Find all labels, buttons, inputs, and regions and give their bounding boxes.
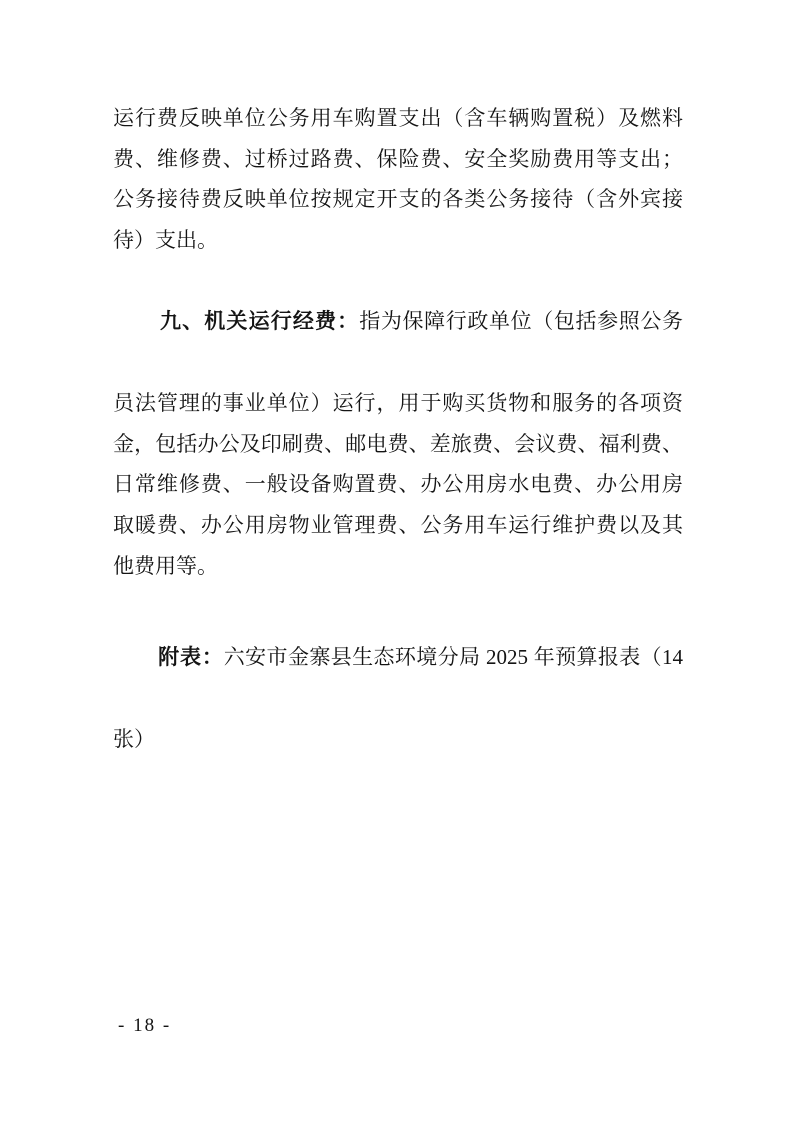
section-heading: 九、机关运行经费： [160, 310, 359, 333]
text-line: 张） [113, 719, 683, 760]
text-run: 六安市金寨县生态环境分局 2025 年预算报表（14 [224, 645, 683, 669]
text-line: 费、维修费、过桥过路费、保险费、安全奖励费用等支出； [113, 139, 683, 180]
paragraph-attachment-note: 附表：六安市金寨县生态环境分局 2025 年预算报表（14 张） [113, 596, 683, 759]
text-line: 员法管理的事业单位）运行，用于购买货物和服务的各项资 [113, 383, 683, 424]
attachment-label: 附表： [158, 646, 224, 669]
text-line: 金，包括办公及印刷费、邮电费、差旅费、会议费、福利费、 [113, 424, 683, 465]
paragraph-vehicle-and-reception-fees: 运行费反映单位公务用车购置支出（含车辆购置税）及燃料 费、维修费、过桥过路费、保… [113, 98, 683, 260]
text-line: 九、机关运行经费：指为保障行政单位（包括参照公务 [113, 260, 683, 383]
document-body: 运行费反映单位公务用车购置支出（含车辆购置税）及燃料 费、维修费、过桥过路费、保… [113, 98, 683, 760]
text-line: 待）支出。 [113, 220, 683, 261]
text-line: 公务接待费反映单位按规定开支的各类公务接待（含外宾接 [113, 179, 683, 220]
text-line: 运行费反映单位公务用车购置支出（含车辆购置税）及燃料 [113, 98, 683, 139]
text-run: 指为保障行政单位（包括参照公务 [359, 309, 683, 333]
paragraph-agency-operating-funds: 九、机关运行经费：指为保障行政单位（包括参照公务 员法管理的事业单位）运行，用于… [113, 260, 683, 586]
text-line: 他费用等。 [113, 546, 683, 587]
page-number: - 18 - [118, 1012, 171, 1040]
text-line: 取暖费、办公用房物业管理费、公务用车运行维护费以及其 [113, 505, 683, 546]
document-page: 运行费反映单位公务用车购置支出（含车辆购置税）及燃料 费、维修费、过桥过路费、保… [0, 0, 793, 1122]
text-line: 日常维修费、一般设备购置费、办公用房水电费、办公用房 [113, 464, 683, 505]
text-line: 附表：六安市金寨县生态环境分局 2025 年预算报表（14 [113, 596, 683, 719]
